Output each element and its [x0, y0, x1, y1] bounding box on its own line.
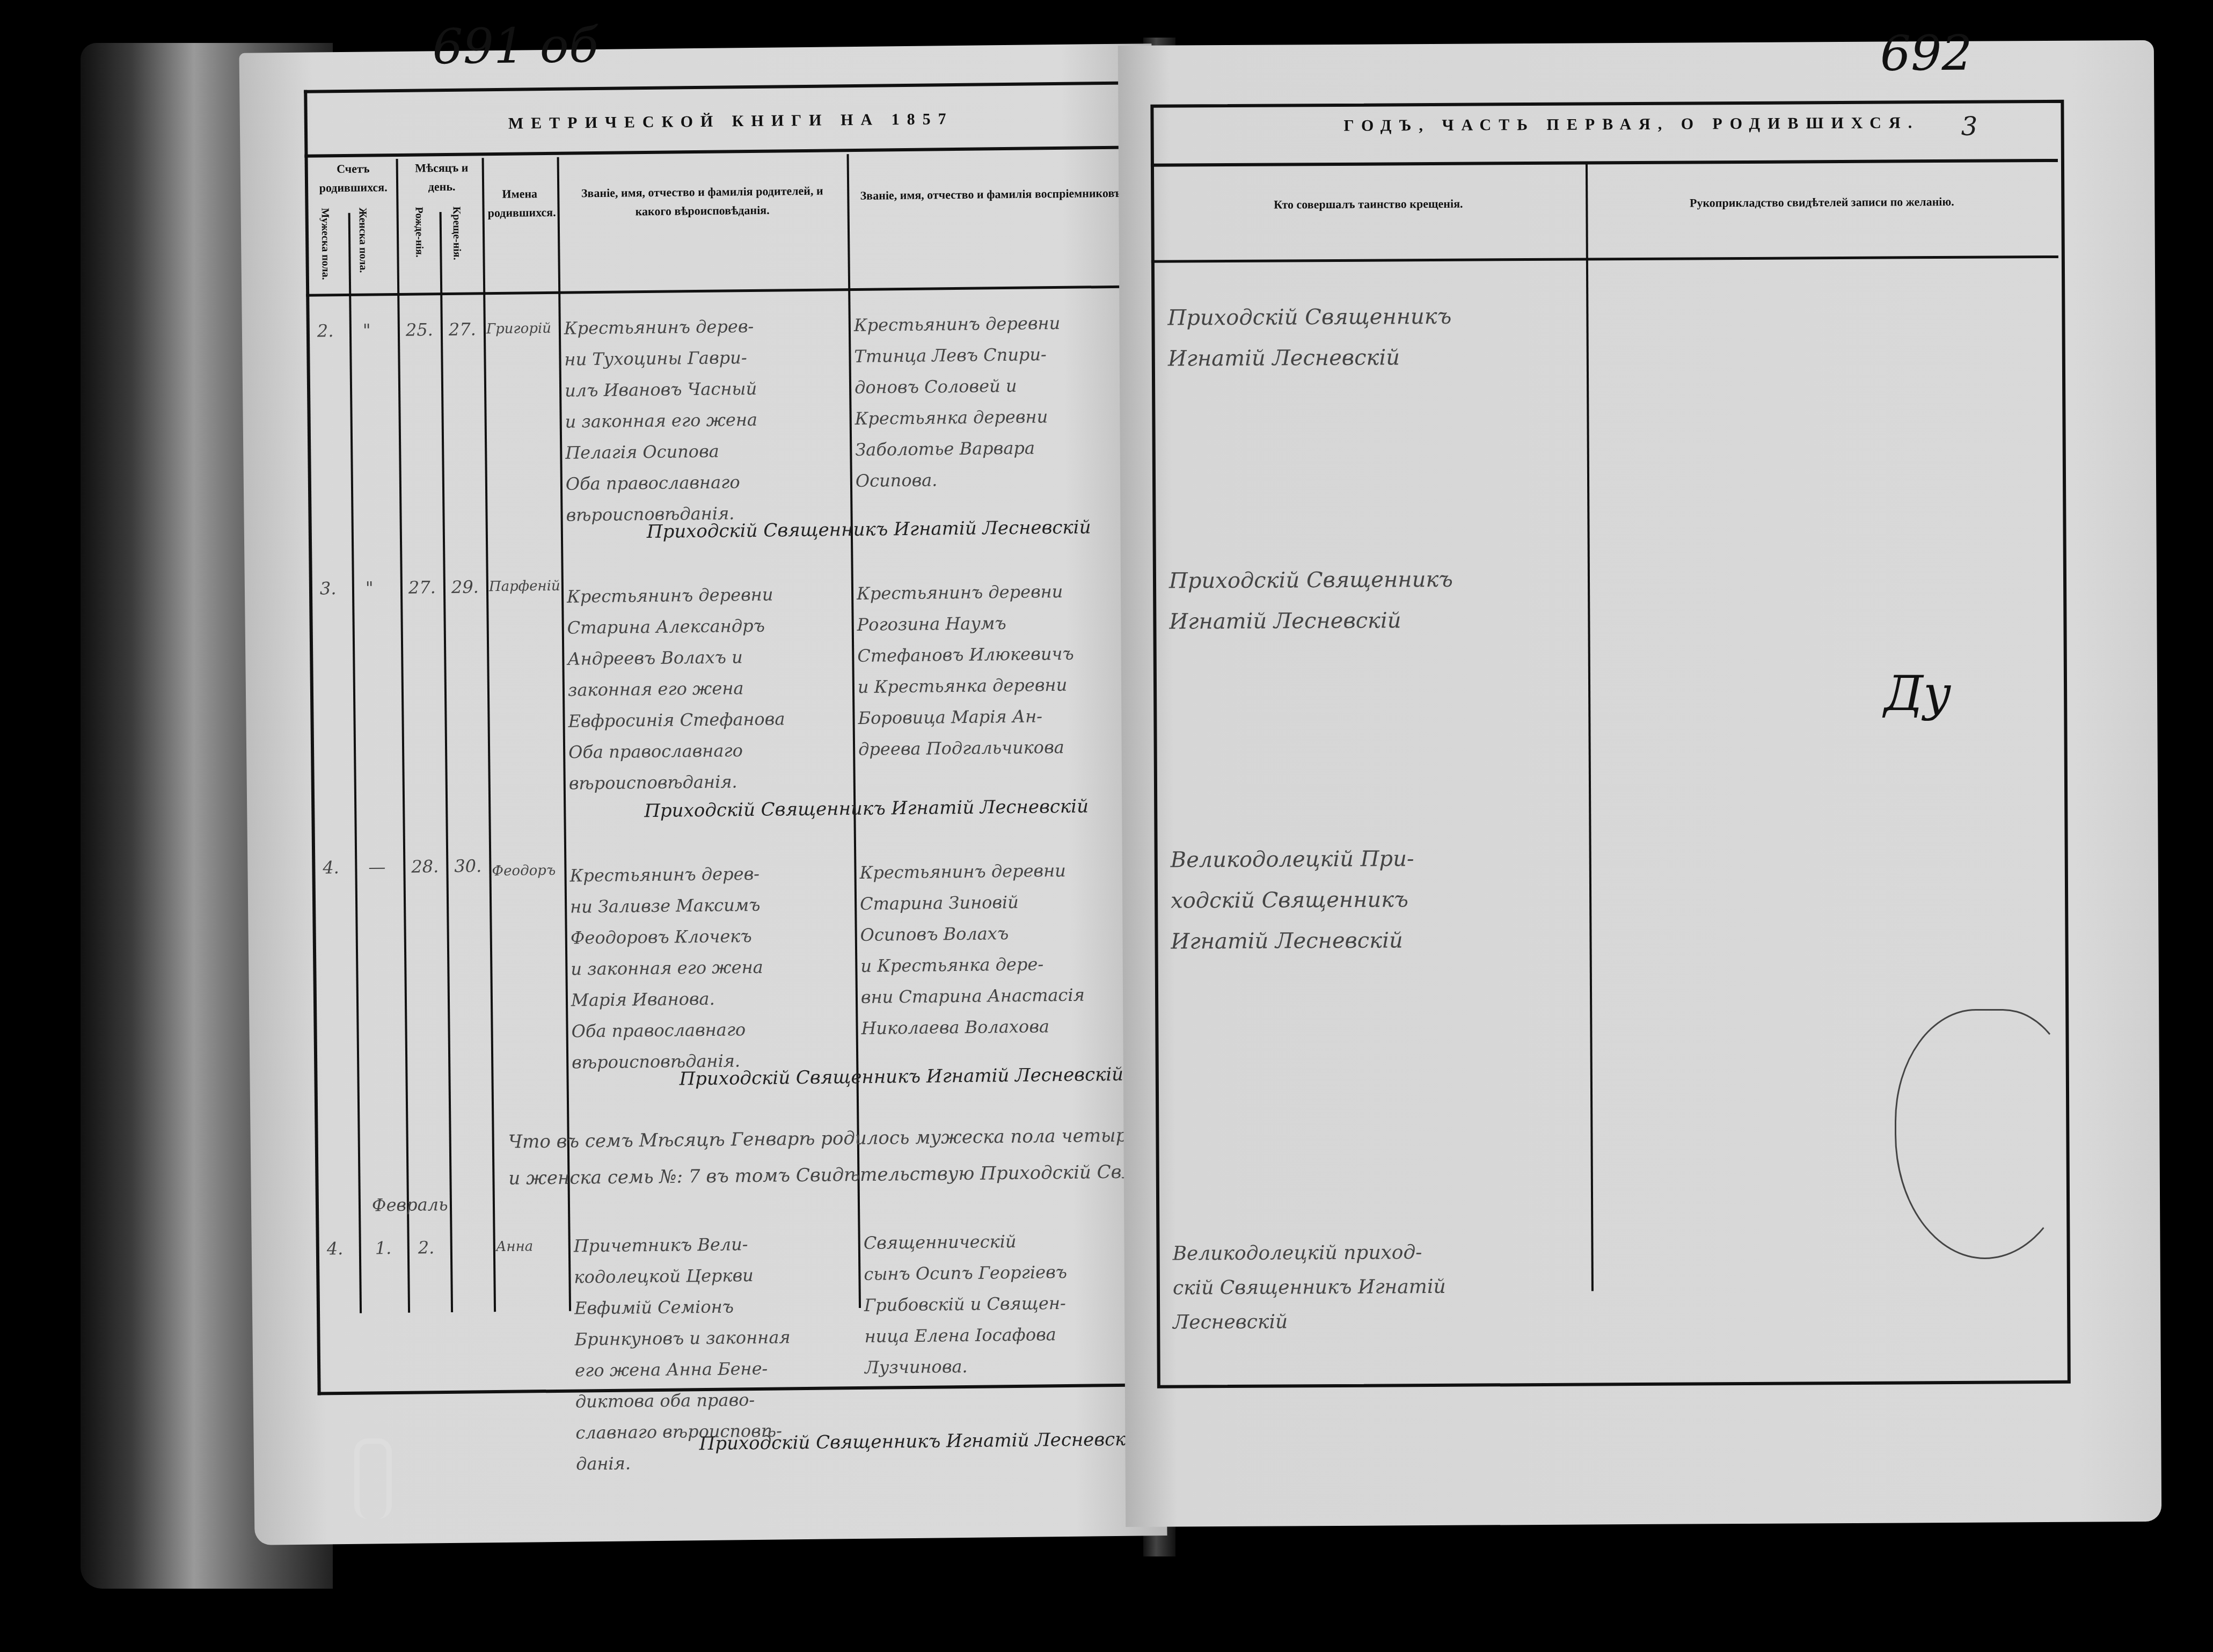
entry-female-no: —: [368, 851, 386, 882]
entry-parents: Крестьянинъ дерев- ни Заливзе Максимъ Фе…: [569, 858, 764, 1078]
entry-female-no: ": [363, 315, 371, 346]
hdr-witnesses: Рукоприкладство свидѣтелей записи по жел…: [1596, 186, 2047, 219]
pencil-circle-mark: [1895, 1009, 2075, 1259]
hdr-count-male: Мужеска пола.: [319, 208, 332, 288]
entry-godparents: Священническій сынъ Осипъ Георгіевъ Гриб…: [863, 1225, 1068, 1383]
hdr-count-group: Счетъ родившихся.: [308, 159, 399, 198]
hdr-officiant: Кто совершалъ таинство крещенія.: [1156, 194, 1580, 215]
entry-parents: Крестьянинъ деревни Старина Александръ А…: [567, 579, 786, 799]
entry-male-no: 2.: [317, 315, 334, 346]
entry-birth-day: 27.: [408, 572, 436, 603]
entry-signature: Приходскій Священникъ Игнатій Лесневскій: [699, 1428, 1143, 1454]
entry-officiant: Приходскій Священникъ Игнатій Лесневскій: [1167, 296, 1452, 379]
entry-officiant: Приходскій Священникъ Игнатій Лесневскій: [1169, 559, 1454, 642]
entry-godparents: Крестьянинъ деревни Ттинца Левъ Спири- д…: [854, 308, 1062, 496]
hdr-parents: Званіе, имя, отчество и фамилія родителе…: [563, 181, 842, 222]
entry-baptism-day: 27.: [449, 313, 476, 345]
entry-name: Феодоръ: [492, 855, 556, 887]
entry-officiant: Великодолецкій При- ходскій Священникъ И…: [1171, 838, 1415, 962]
hdr-date-group: Мѣсяцъ и день.: [401, 158, 483, 196]
entry-parents: Крестьянинъ дерев- ни Тухоцины Гаври- ил…: [564, 311, 759, 531]
book-clasp: [354, 1438, 392, 1519]
left-page: 691 об МЕТРИЧЕСКОЙ КНИГИ НА 1857 Счетъ р…: [239, 43, 1167, 1545]
entry-female-no: ": [366, 572, 374, 603]
entry-godparents: Крестьянинъ деревни Старина Зиновій Осип…: [859, 855, 1085, 1044]
hdr-godparents: Званіе, имя, отчество и фамилія воспріем…: [852, 184, 1131, 206]
hdr-count-female: Женска пола.: [356, 207, 370, 288]
entry-officiant: Великодолецкій приход- скій Священникъ И…: [1172, 1236, 1446, 1340]
entry-name: Анна: [496, 1231, 534, 1262]
entry-baptism-day: 29.: [451, 571, 479, 603]
entry-baptism-day: 2.: [418, 1232, 435, 1263]
entry-birth-day: 28.: [411, 851, 439, 882]
folio-right: 692: [1880, 25, 1973, 82]
hdr-date-birth: Рожде-нія.: [413, 207, 426, 287]
hdr-date-baptism: Креще-нія.: [450, 207, 464, 287]
entry-female-no: 4.: [327, 1233, 344, 1264]
entry-male-no: 4.: [323, 852, 339, 883]
title-right: ГОДЪ, ЧАСТЬ ПЕРВАЯ, О РОДИВШИХСЯ.: [1343, 114, 1919, 135]
page-marker: 3: [1961, 111, 1977, 142]
entry-name: Парфеній: [489, 571, 560, 602]
entry-birth-day: 25.: [406, 314, 433, 346]
right-page: 692 ГОДЪ, ЧАСТЬ ПЕРВАЯ, О РОДИВШИХСЯ. 3 …: [1118, 40, 2161, 1527]
hdr-names: Имена родившихся.: [487, 184, 552, 223]
entry-birth-day: 1.: [375, 1232, 392, 1263]
folio-left: 691 об: [432, 17, 599, 75]
entry-name: Григорій: [486, 313, 552, 345]
entry-baptism-day: 30.: [454, 850, 481, 882]
margin-mark: Ду: [1884, 666, 1951, 722]
feb-month-label: Февраль: [372, 1189, 448, 1220]
entry-godparents: Крестьянинъ деревни Рогозина Наумъ Стефа…: [857, 576, 1075, 765]
entry-male-no: 3.: [320, 573, 337, 604]
